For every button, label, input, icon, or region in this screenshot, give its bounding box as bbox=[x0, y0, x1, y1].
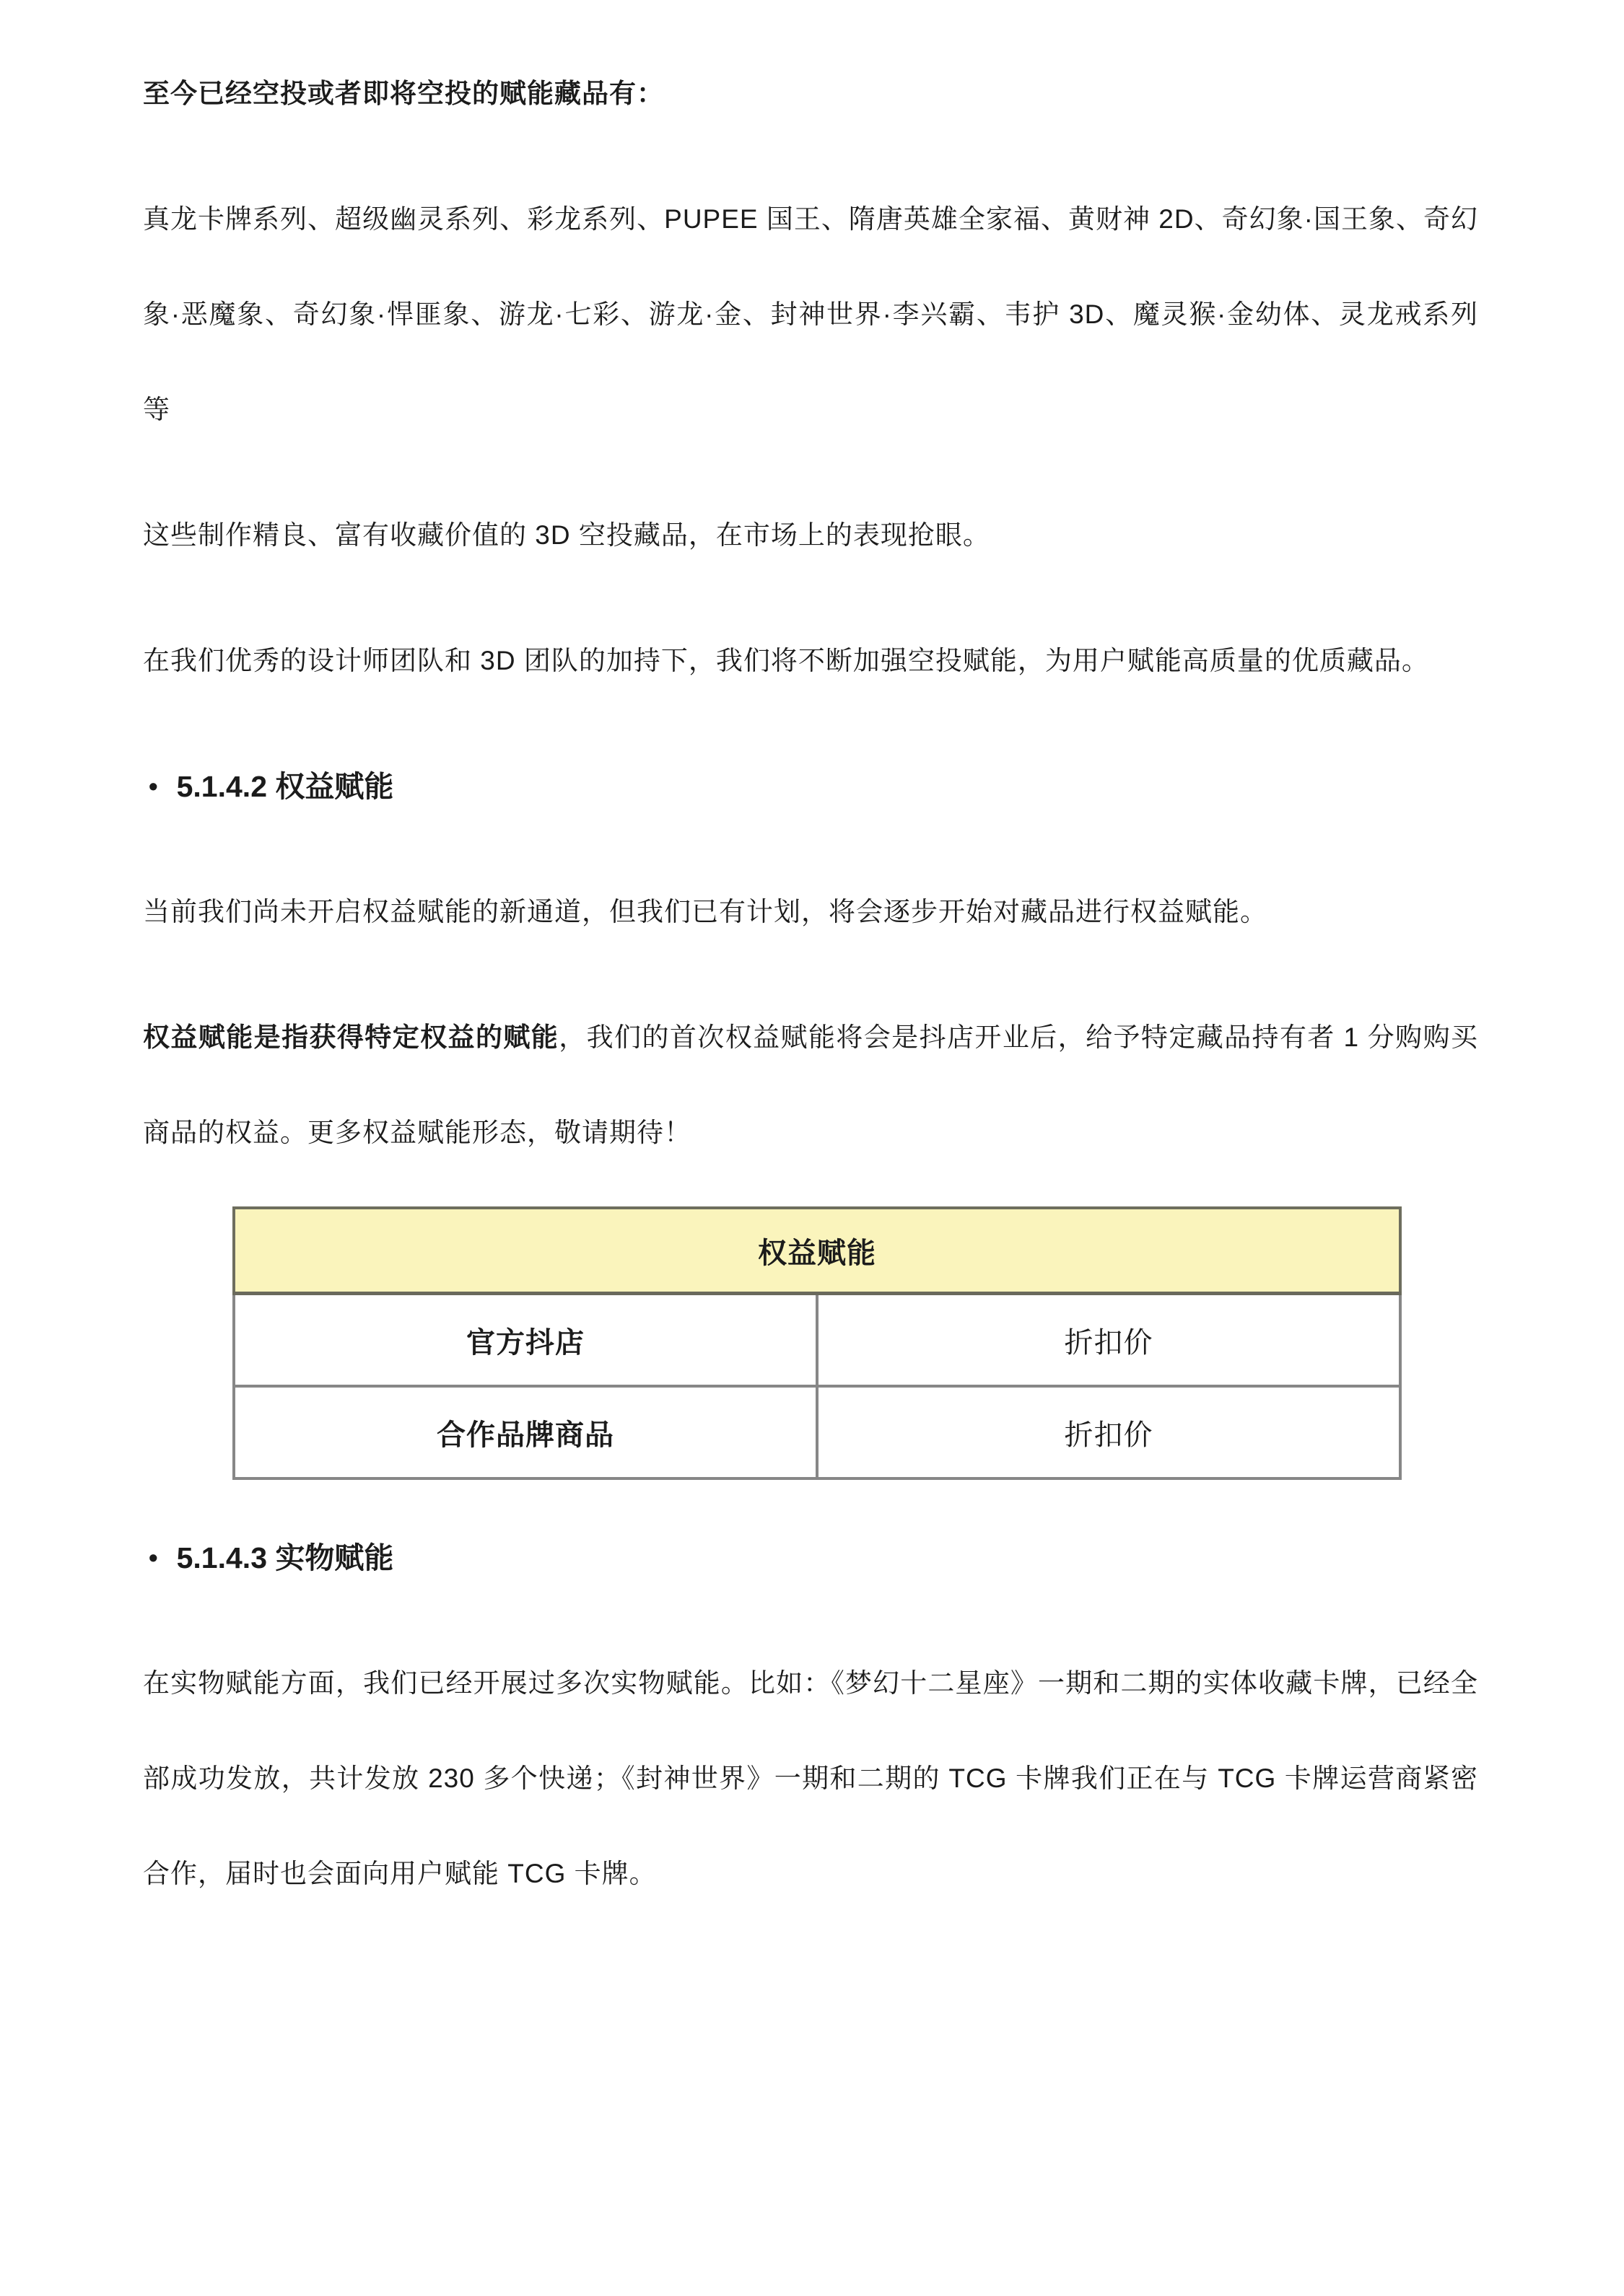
bullet-icon: • bbox=[149, 1510, 158, 1605]
section-heading-5-1-4-3: • 5.1.4.3 实物赋能 bbox=[143, 1510, 1478, 1605]
table-row: 合作品牌商品 折扣价 bbox=[234, 1386, 1400, 1478]
intro-heading: 至今已经空投或者即将空投的赋能藏品有： bbox=[143, 46, 1478, 141]
benefit-cell: 折扣价 bbox=[817, 1294, 1400, 1387]
table-row: 官方抖店 折扣价 bbox=[234, 1294, 1400, 1387]
document-page: 至今已经空投或者即将空投的赋能藏品有： 真龙卡牌系列、超级幽灵系列、彩龙系列、P… bbox=[0, 0, 1624, 2296]
rights-detail-bold-text: 权益赋能是指获得特定权益的赋能 bbox=[143, 1022, 559, 1052]
section-heading-5-1-4-2: • 5.1.4.2 权益赋能 bbox=[143, 739, 1478, 834]
team-paragraph: 在我们优秀的设计师团队和 3D 团队的加持下，我们将不断加强空投赋能，为用户赋能… bbox=[143, 613, 1478, 709]
rights-table-header: 权益赋能 bbox=[234, 1208, 1400, 1294]
section-title: 5.1.4.2 权益赋能 bbox=[177, 739, 394, 834]
rights-detail-paragraph: 权益赋能是指获得特定权益的赋能，我们的首次权益赋能将会是抖店开业后，给予特定藏品… bbox=[143, 990, 1478, 1180]
section-title: 5.1.4.3 实物赋能 bbox=[177, 1510, 394, 1605]
bullet-icon: • bbox=[149, 739, 158, 834]
quality-paragraph: 这些制作精良、富有收藏价值的 3D 空投藏品，在市场上的表现抢眼。 bbox=[143, 488, 1478, 583]
benefit-cell: 折扣价 bbox=[817, 1386, 1400, 1478]
rights-plan-paragraph: 当前我们尚未开启权益赋能的新通道，但我们已有计划，将会逐步开始对藏品进行权益赋能… bbox=[143, 864, 1478, 960]
rights-benefits-table: 权益赋能 官方抖店 折扣价 合作品牌商品 折扣价 bbox=[232, 1206, 1402, 1480]
channel-cell: 合作品牌商品 bbox=[234, 1386, 817, 1478]
physical-paragraph: 在实物赋能方面，我们已经开展过多次实物赋能。比如：《梦幻十二星座》一期和二期的实… bbox=[143, 1636, 1478, 1922]
channel-cell: 官方抖店 bbox=[234, 1294, 817, 1387]
table-header-row: 权益赋能 bbox=[234, 1208, 1400, 1294]
collections-paragraph: 真龙卡牌系列、超级幽灵系列、彩龙系列、PUPEE 国王、隋唐英雄全家福、黄财神 … bbox=[143, 172, 1478, 457]
